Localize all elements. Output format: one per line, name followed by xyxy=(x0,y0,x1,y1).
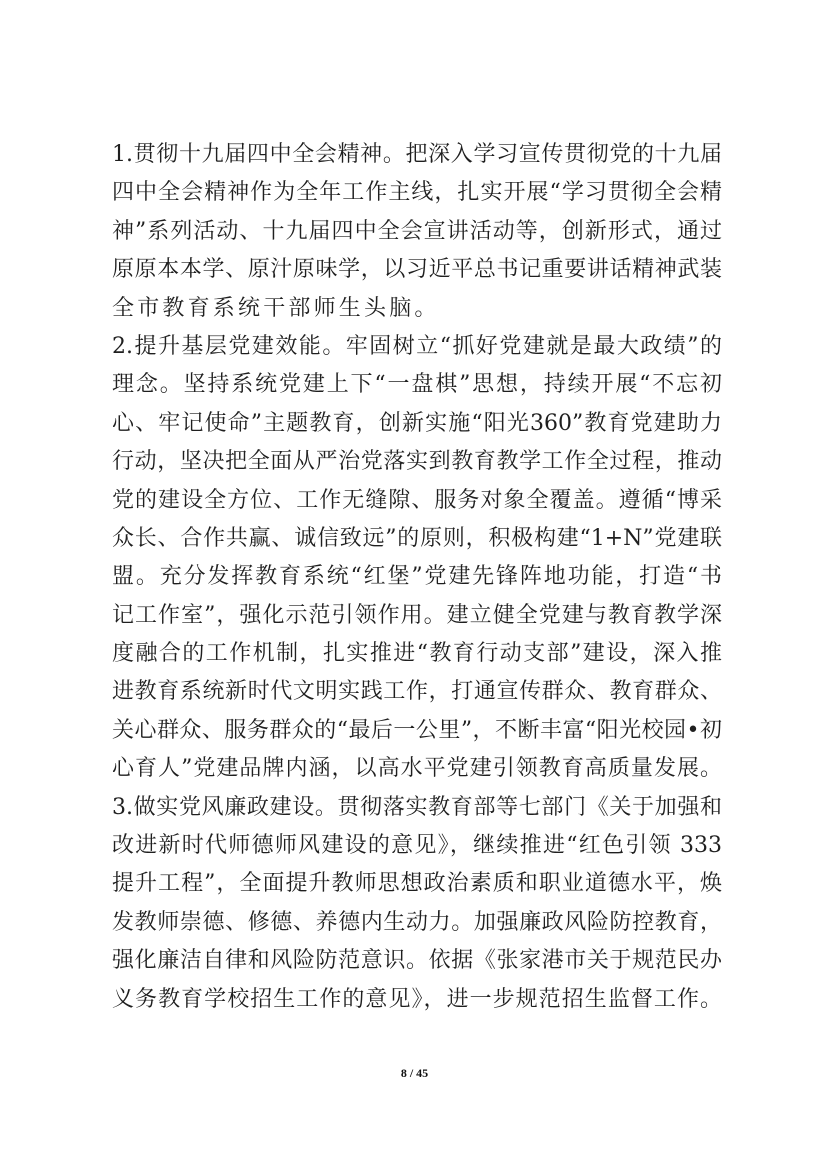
text-line: 强化廉洁自律和风险防范意识。依据《张家港市关于规范民办 xyxy=(112,942,722,980)
text-line: 行动，坚决把全面从严治党落实到教育教学工作全过程，推动 xyxy=(112,443,722,481)
text-line: 改进新时代师德师风建设的意见》，继续推进“红色引领 333 xyxy=(112,827,722,865)
text-line: 盟。充分发挥教育系统“红堡”党建先锋阵地功能，打造“书 xyxy=(112,558,722,596)
paragraph-2: 2.提升基层党建效能。牢固树立“抓好党建就是最大政绩”的 理念。坚持系统党建上下… xyxy=(112,328,722,789)
text-line: 1.贯彻十九届四中全会精神。把深入学习宣传贯彻党的十九届 xyxy=(112,136,722,174)
text-line: 记工作室”，强化示范引领作用。建立健全党建与教育教学深 xyxy=(112,597,722,635)
text-line: 关心群众、服务群众的“最后一公里”，不断丰富“阳光校园•初 xyxy=(112,712,722,750)
text-line: 3.做实党风廉政建设。贯彻落实教育部等七部门《关于加强和 xyxy=(112,789,722,827)
text-line: 心育人”党建品牌内涵，以高水平党建引领教育高质量发展。 xyxy=(112,750,722,788)
text-line: 党的建设全方位、工作无缝隙、服务对象全覆盖。遵循“博采 xyxy=(112,482,722,520)
text-line: 四中全会精神作为全年工作主线，扎实开展“学习贯彻全会精 xyxy=(112,174,722,212)
text-line: 发教师崇德、修德、养德内生动力。加强廉政风险防控教育， xyxy=(112,904,722,942)
text-line: 心、牢记使命”主题教育，创新实施“阳光360”教育党建助力 xyxy=(112,405,722,443)
text-line: 众长、合作共赢、诚信致远”的原则，积极构建“1+N”党建联 xyxy=(112,520,722,558)
paragraph-3: 3.做实党风廉政建设。贯彻落实教育部等七部门《关于加强和 改进新时代师德师风建设… xyxy=(112,789,722,1019)
text-line: 神”系列活动、十九届四中全会宣讲活动等，创新形式，通过 xyxy=(112,213,722,251)
text-line: 2.提升基层党建效能。牢固树立“抓好党建就是最大政绩”的 xyxy=(112,328,722,366)
text-line: 全市教育系统干部师生头脑。 xyxy=(112,290,722,328)
document-page: 1.贯彻十九届四中全会精神。把深入学习宣传贯彻党的十九届 四中全会精神作为全年工… xyxy=(0,0,829,1173)
text-line: 原原本本学、原汁原味学，以习近平总书记重要讲话精神武装 xyxy=(112,251,722,289)
document-body: 1.贯彻十九届四中全会精神。把深入学习宣传贯彻党的十九届 四中全会精神作为全年工… xyxy=(112,136,722,1019)
text-line: 进教育系统新时代文明实践工作，打通宣传群众、教育群众、 xyxy=(112,673,722,711)
text-line: 义务教育学校招生工作的意见》，进一步规范招生监督工作。 xyxy=(112,981,722,1019)
paragraph-1: 1.贯彻十九届四中全会精神。把深入学习宣传贯彻党的十九届 四中全会精神作为全年工… xyxy=(112,136,722,328)
text-line: 提升工程”，全面提升教师思想政治素质和职业道德水平，焕 xyxy=(112,865,722,903)
text-line: 理念。坚持系统党建上下“一盘棋”思想，持续开展“不忘初 xyxy=(112,366,722,404)
page-number: 8 / 45 xyxy=(0,1066,829,1081)
text-line: 度融合的工作机制，扎实推进“教育行动支部”建设，深入推 xyxy=(112,635,722,673)
